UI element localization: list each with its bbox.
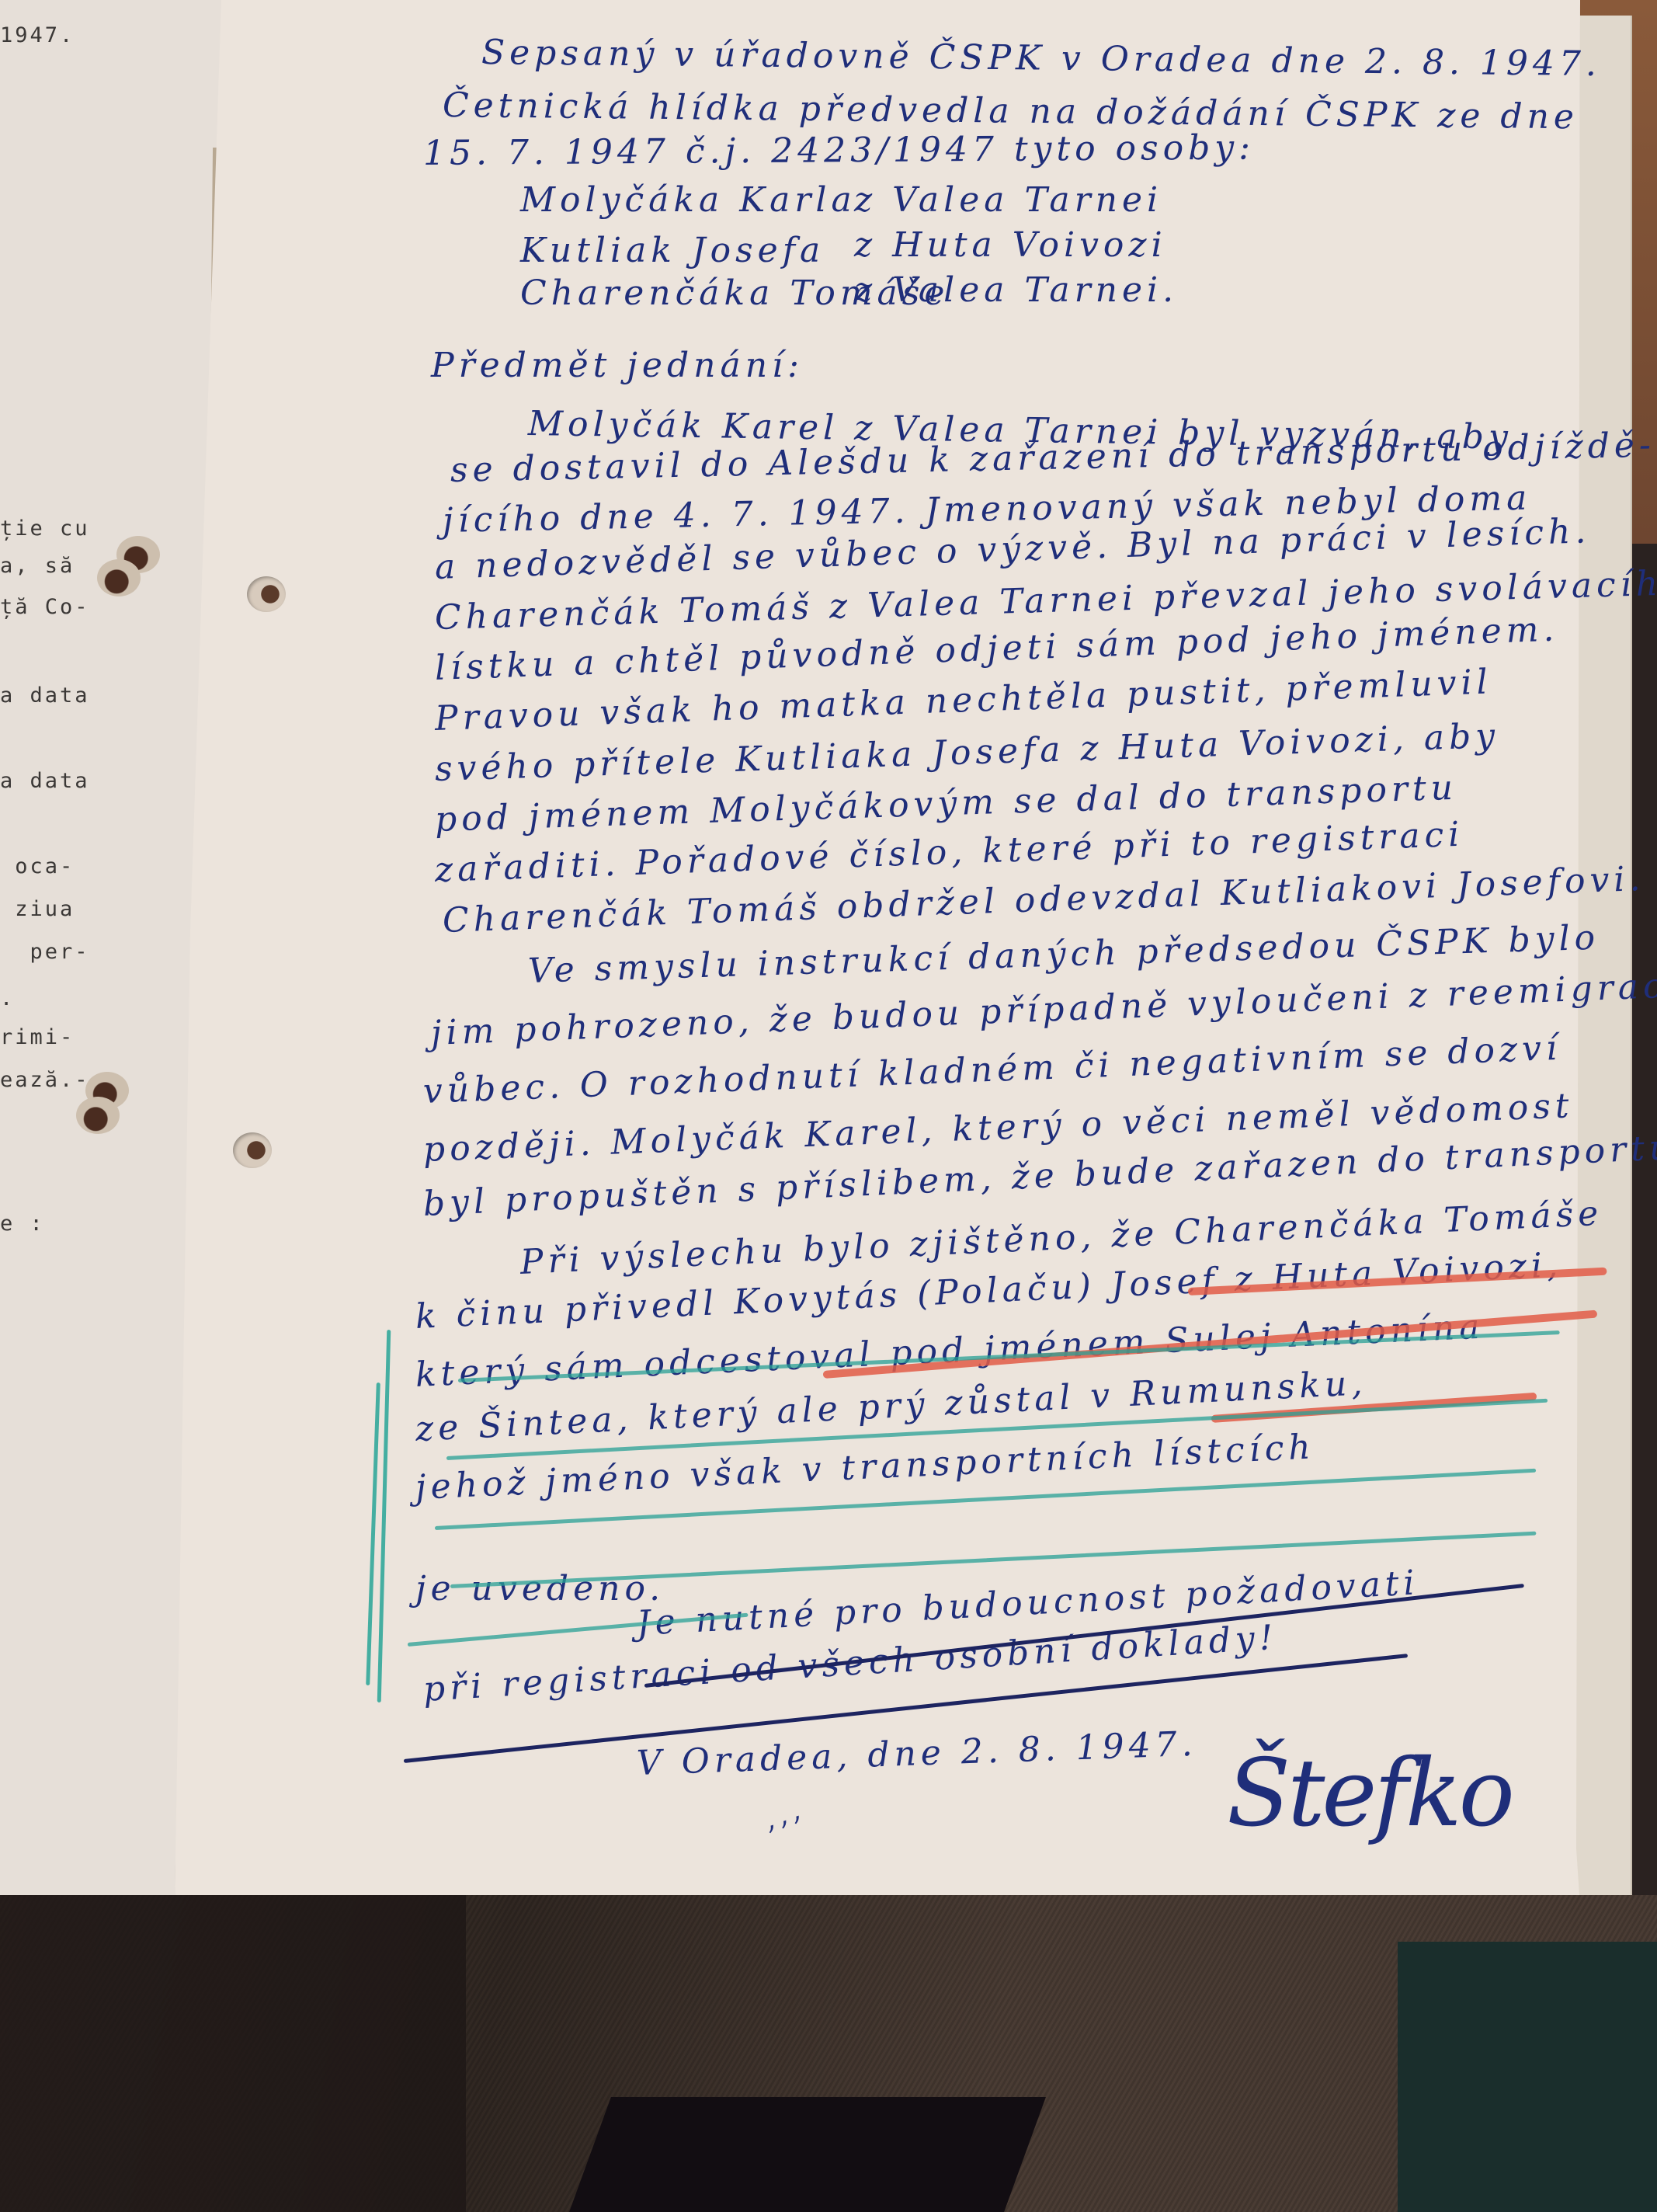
typed-line: per- (0, 940, 90, 964)
typed-line: ează.- (0, 1068, 90, 1092)
header-line: 15. 7. 1947 č.j. 2423/1947 tyto osoby: (423, 128, 1255, 173)
person-origin: z Valea Tarnei. (854, 270, 1178, 310)
typed-line: a, să (0, 554, 75, 578)
signature: Štefko (1227, 1740, 1512, 1848)
subject-label: Předmět jednání: (431, 346, 804, 385)
typed-line: ță Co- (0, 595, 90, 619)
punch-hole-icon (97, 559, 141, 596)
typed-line: . (0, 986, 15, 1010)
punch-hole-icon (76, 1097, 120, 1134)
punch-hole-icon (233, 1132, 272, 1168)
fabric-shadow (0, 1895, 466, 2212)
person-name: Kutliak Josefa (520, 231, 825, 270)
fabric-dark-fold (569, 2097, 1046, 2212)
punch-hole-icon (247, 576, 286, 612)
fabric-teal-area (1398, 1942, 1657, 2212)
typed-line: rimi- (0, 1025, 75, 1049)
typed-line: a data (0, 769, 90, 793)
typed-line: ziua (0, 897, 75, 921)
typed-line: a data (0, 683, 90, 708)
typed-line: oca- (0, 854, 75, 878)
person-origin: z Huta Voivozi (854, 225, 1167, 265)
typed-line: e : (0, 1212, 45, 1236)
typed-line: 1947. (0, 23, 75, 47)
typed-line: ție cu (0, 516, 90, 541)
person-origin: z Valea Tarnei (854, 180, 1162, 220)
body-line: je uvedeno. (415, 1569, 665, 1609)
person-name: Molyčáka Karla (520, 180, 856, 220)
